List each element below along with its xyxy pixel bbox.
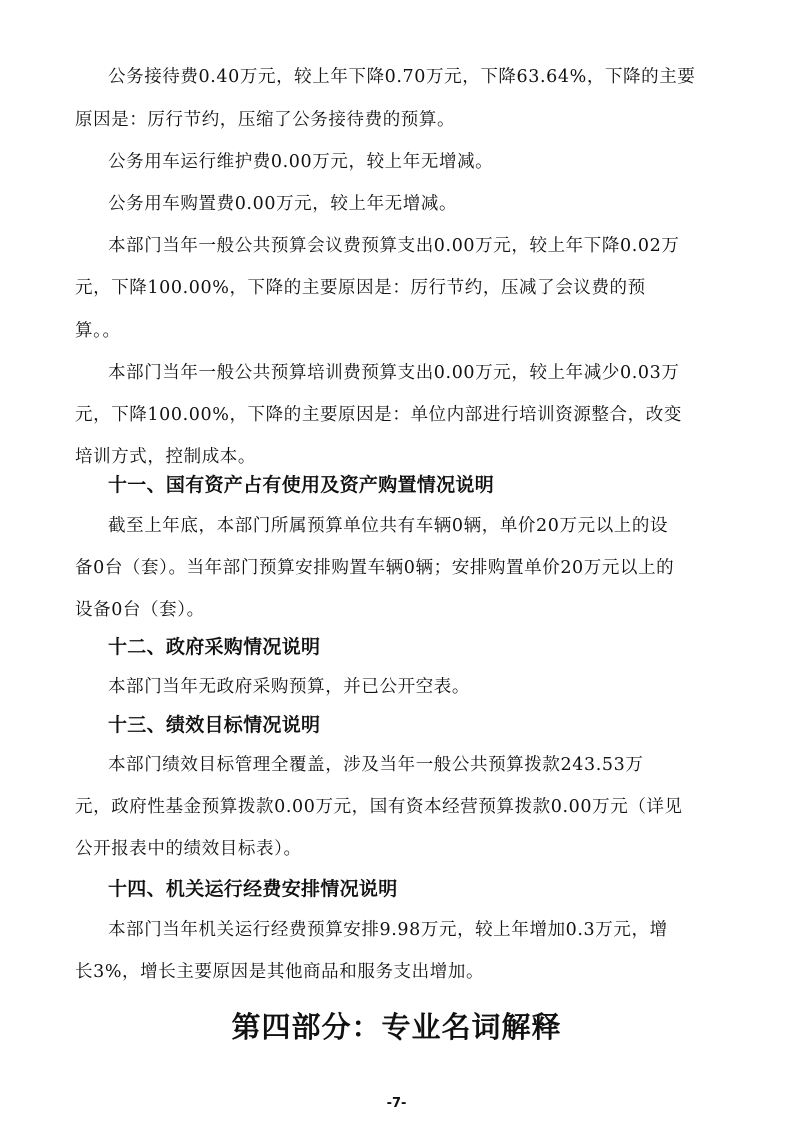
document-page: 公务接待费0.40万元，较上年下降0.70万元，下降63.64%，下降的主要 原… xyxy=(0,0,793,1122)
section-12-heading: 十二、政府采购情况说明 xyxy=(108,635,320,659)
meeting-fee-line-3: 算。。 xyxy=(75,320,725,342)
section-11-line-1: 截至上年底，本部门所属预算单位共有车辆0辆，单价20万元以上的设 xyxy=(108,515,758,537)
section-13-line-2: 元，政府性基金预算拨款0.00万元，国有资本经营预算拨款0.00万元（详见 xyxy=(75,796,725,818)
training-fee-line-1: 本部门当年一般公共预算培训费预算支出0.00万元，较上年减少0.03万 xyxy=(108,362,758,384)
section-12-line-1: 本部门当年无政府采购预算，并已公开空表。 xyxy=(108,676,758,698)
section-14-heading: 十四、机关运行经费安排情况说明 xyxy=(108,877,398,901)
section-14-line-2: 长3%，增长主要原因是其他商品和服务支出增加。 xyxy=(75,961,725,983)
reception-fee-line-1: 公务接待费0.40万元，较上年下降0.70万元，下降63.64%，下降的主要 xyxy=(108,66,758,88)
section-13-line-1: 本部门绩效目标管理全覆盖，涉及当年一般公共预算拨款243.53万 xyxy=(108,754,758,776)
meeting-fee-line-2: 元，下降100.00%，下降的主要原因是：厉行节约，压减了会议费的预 xyxy=(75,277,725,299)
training-fee-line-3: 培训方式，控制成本。 xyxy=(75,446,725,468)
part-four-title: 第四部分：专业名词解释 xyxy=(0,1009,793,1045)
section-14-line-1: 本部门当年机关运行经费预算安排9.98万元，较上年增加0.3万元，增 xyxy=(108,919,758,941)
section-11-line-2: 备0台（套）。当年部门预算安排购置车辆0辆；安排购置单价20万元以上的 xyxy=(75,557,725,579)
vehicle-purchase-line: 公务用车购置费0.00万元，较上年无增减。 xyxy=(108,193,758,215)
vehicle-maintenance-line: 公务用车运行维护费0.00万元，较上年无增减。 xyxy=(108,151,758,173)
section-11-line-3: 设备0台（套）。 xyxy=(75,599,725,621)
section-13-line-3: 公开报表中的绩效目标表）。 xyxy=(75,838,725,860)
meeting-fee-line-1: 本部门当年一般公共预算会议费预算支出0.00万元，较上年下降0.02万 xyxy=(108,235,758,257)
page-number: -7- xyxy=(0,1096,793,1112)
section-13-heading: 十三、绩效目标情况说明 xyxy=(108,713,320,737)
training-fee-line-2: 元，下降100.00%，下降的主要原因是：单位内部进行培训资源整合，改变 xyxy=(75,404,725,426)
section-11-heading: 十一、国有资产占有使用及资产购置情况说明 xyxy=(108,473,494,497)
reception-fee-line-2: 原因是：厉行节约，压缩了公务接待费的预算。 xyxy=(75,109,725,131)
